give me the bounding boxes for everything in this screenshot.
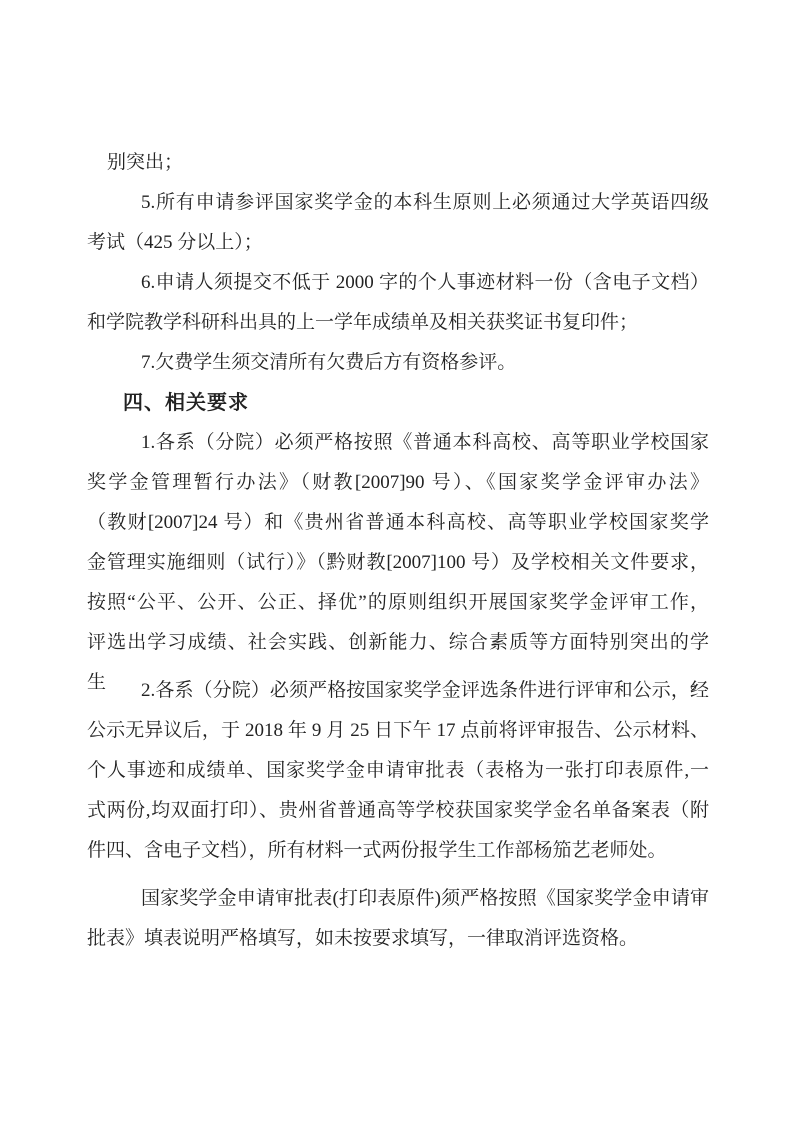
line-item6-1: 6.申请人须提交不低于 2000 字的个人事迹材料一份（含电子文档）: [87, 263, 709, 303]
line-requirement1-1: 1.各系（分院）必须严格按照《普通本科高校、高等职业学校国家: [87, 423, 709, 463]
line-requirement1-2: 奖学金管理暂行办法》（财教[2007]90 号）、《国家奖学金评审办法》: [87, 463, 709, 503]
line-item6-2: 和学院教学科研科出具的上一学年成绩单及相关获奖证书复印件；: [87, 303, 709, 343]
section-heading: 四、相关要求: [87, 383, 709, 423]
line-requirement2-4: 式两份,均双面打印）、贵州省普通高等学校获国家奖学金名单备案表（附: [87, 791, 709, 831]
line-note-2: 批表》填表说明严格填写，如未按要求填写，一律取消评选资格。: [87, 919, 709, 959]
line-requirement2-1: 2.各系（分院）必须严格按国家奖学金评选条件进行评审和公示，经: [87, 671, 709, 711]
line-requirement1-6: 评选出学习成绩、社会实践、创新能力、综合素质等方面特别突出的学生。: [87, 623, 709, 663]
line-requirement1-3: （教财[2007]24 号）和《贵州省普通本科高校、高等职业学校国家奖学: [87, 503, 709, 543]
line-requirement1-5: 按照“公平、公开、公正、择优”的原则组织开展国家奖学金评审工作，: [87, 583, 709, 623]
line-requirement2-2: 公示无异议后，于 2018 年 9 月 25 日下午 17 点前将评审报告、公示…: [87, 711, 709, 751]
document-content: 别突出； 5.所有申请参评国家奖学金的本科生原则上必须通过大学英语四级 考试（4…: [87, 143, 709, 959]
line-note-1: 国家奖学金申请审批表(打印表原件)须严格按照《国家奖学金申请审: [87, 879, 709, 919]
line-previous-paragraph-tail: 别突出；: [87, 143, 709, 183]
line-item7: 7.欠费学生须交清所有欠费后方有资格参评。: [87, 343, 709, 383]
line-item5-1: 5.所有申请参评国家奖学金的本科生原则上必须通过大学英语四级: [87, 183, 709, 223]
line-requirement2-5: 件四、含电子文档），所有材料一式两份报学生工作部杨笳艺老师处。: [87, 831, 709, 871]
line-item5-2: 考试（425 分以上）；: [87, 223, 709, 263]
line-requirement1-4: 金管理实施细则（试行）》（黔财教[2007]100 号）及学校相关文件要求，: [87, 543, 709, 583]
line-requirement2-3: 个人事迹和成绩单、国家奖学金申请审批表（表格为一张打印表原件,一: [87, 751, 709, 791]
document-page: 别突出； 5.所有申请参评国家奖学金的本科生原则上必须通过大学英语四级 考试（4…: [0, 0, 793, 1122]
